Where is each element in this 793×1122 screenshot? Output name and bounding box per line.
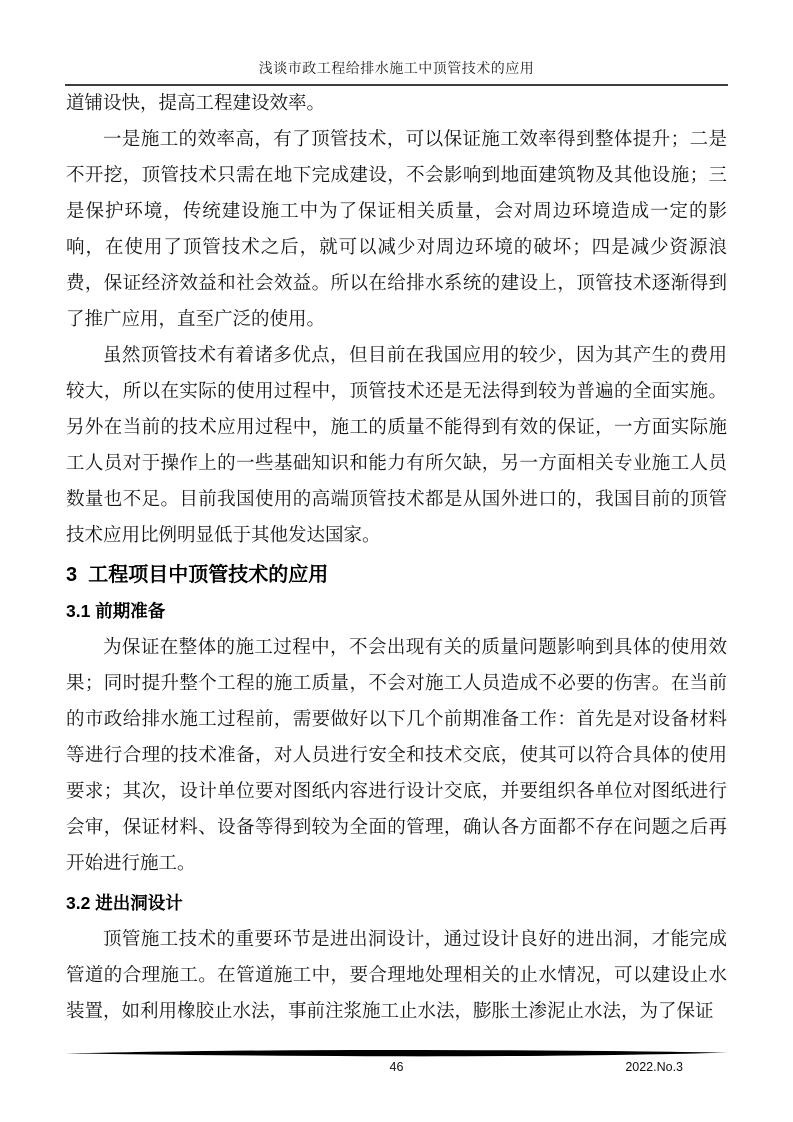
subsection-heading-3-2: 3.2 进出洞设计 [66, 890, 727, 916]
issue-number: 2022.No.3 [625, 1059, 683, 1075]
footer-divider-shape [65, 1049, 728, 1058]
paragraph-advantages: 一是施工的效率高，有了顶管技术，可以保证施工效率得到整体提升；二是不开挖，顶管技… [66, 122, 727, 338]
subsection-heading-3-1: 3.1 前期准备 [66, 598, 727, 624]
paragraph-hole-design: 顶管施工技术的重要环节是进出洞设计，通过设计良好的进出洞，才能完成管道的合理施工… [66, 922, 727, 1030]
paragraph-limitations: 虽然顶管技术有着诸多优点，但目前在我国应用的较少，因为其产生的费用较大，所以在实… [66, 338, 727, 554]
section-heading-3: 3 工程项目中顶管技术的应用 [66, 560, 727, 590]
document-body: 道铺设快，提高工程建设效率。 一是施工的效率高，有了顶管技术，可以保证施工效率得… [66, 86, 727, 1030]
paragraph-intro-tail: 道铺设快，提高工程建设效率。 [66, 86, 727, 122]
document-page: 浅谈市政工程给排水施工中顶管技术的应用 道铺设快，提高工程建设效率。 一是施工的… [0, 0, 793, 1122]
footer-divider [65, 1049, 728, 1058]
footer: 46 2022.No.3 [66, 1059, 727, 1077]
running-header-title: 浅谈市政工程给排水施工中顶管技术的应用 [66, 60, 727, 80]
paragraph-preparation: 为保证在整体的施工过程中，不会出现有关的质量问题影响到具体的使用效果；同时提升整… [66, 630, 727, 882]
